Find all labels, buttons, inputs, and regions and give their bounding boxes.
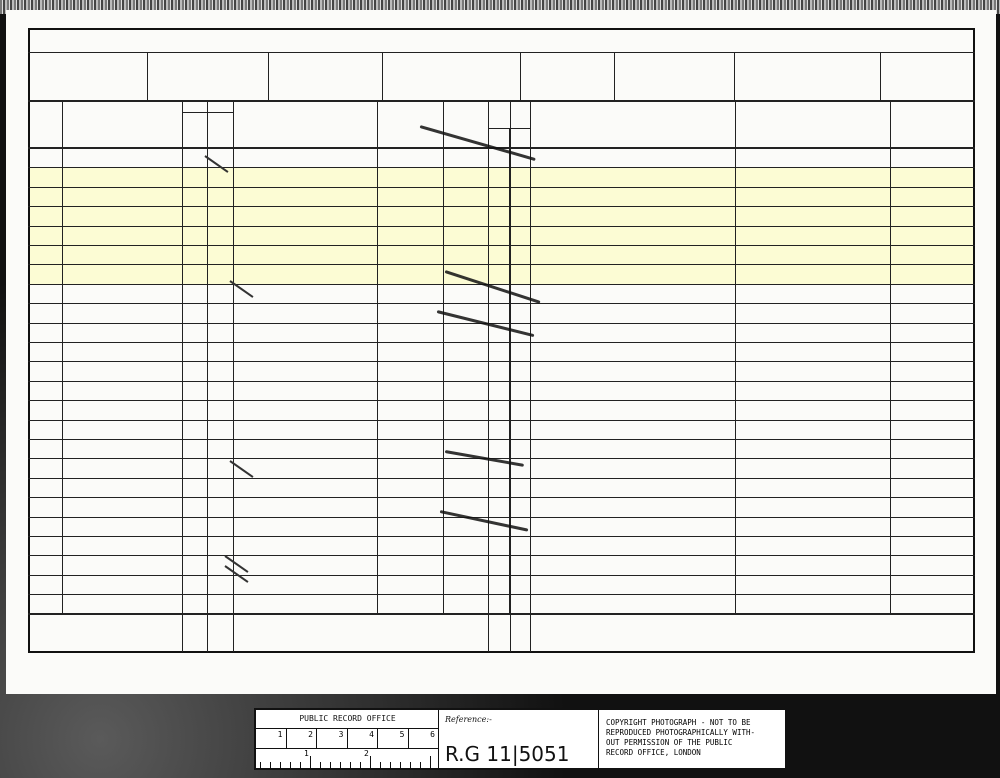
pro-scale-box: PUBLIC RECORD OFFICE 123456 12 (256, 710, 439, 768)
scale-mark: 3 (317, 728, 348, 748)
scale-mark: 2 (287, 728, 318, 748)
rule (734, 52, 735, 100)
total-rule (207, 613, 208, 652)
copyright-line: OUT PERMISSION OF THE PUBLIC (606, 738, 755, 748)
copyright-notice: COPYRIGHT PHOTOGRAPH - NOT TO BEREPRODUC… (606, 718, 755, 759)
rule (880, 52, 881, 100)
scale-tick (390, 762, 391, 768)
scale-mark: 4 (348, 728, 379, 748)
row-rule (28, 381, 975, 382)
rule (614, 52, 615, 100)
row-rule (28, 497, 975, 498)
highlighted-row (30, 245, 973, 264)
row-rule (28, 187, 975, 188)
row-rule (28, 458, 975, 459)
scale-tick (280, 762, 281, 768)
scale-tick (400, 762, 401, 768)
row-rule (28, 245, 975, 246)
scale-tick (370, 756, 371, 768)
reference-label: Reference:- (445, 716, 492, 724)
copyright-line: REPRODUCED PHOTOGRAPHICALLY WITH- (606, 728, 755, 738)
row-rule (28, 323, 975, 324)
scale-tick (270, 762, 271, 768)
row-rule (28, 206, 975, 207)
scale-tick (430, 756, 431, 768)
row-rule (28, 439, 975, 440)
scale-mark: 1 (256, 728, 287, 748)
rule (28, 100, 975, 102)
scale-label: 2 (364, 749, 369, 758)
scale-tick (330, 762, 331, 768)
row-rule (28, 594, 975, 595)
rule (182, 112, 233, 113)
rule (509, 128, 510, 613)
rule (268, 52, 269, 100)
highlighted-row (30, 187, 973, 206)
rule (28, 613, 975, 615)
scale-label: 1 (304, 749, 309, 758)
row-rule (28, 400, 975, 401)
row-rule (28, 478, 975, 479)
scale-tick (420, 762, 421, 768)
scale-tick (290, 762, 291, 768)
scale-tick (340, 762, 341, 768)
row-rule (28, 575, 975, 576)
row-rule (28, 420, 975, 421)
scale-tick (410, 762, 411, 768)
highlighted-row (30, 226, 973, 245)
row-rule (28, 536, 975, 537)
row-rule (28, 284, 975, 285)
rule (147, 52, 148, 100)
scale-mark: 6 (409, 728, 440, 748)
scale-tick (320, 762, 321, 768)
row-rule (28, 264, 975, 265)
rule (382, 52, 383, 100)
scale-tick (310, 756, 311, 768)
scale-tick (360, 762, 361, 768)
highlighted-row (30, 206, 973, 225)
row-rule (28, 226, 975, 227)
row-rule (28, 342, 975, 343)
rule (28, 52, 975, 53)
rule (520, 52, 521, 100)
pro-reference-box: Reference:- R.G 11|5051 (439, 710, 599, 768)
census-form (28, 28, 975, 653)
scale-tick (350, 762, 351, 768)
total-rule (488, 613, 489, 652)
row-rule (28, 167, 975, 168)
scale-tick (380, 762, 381, 768)
row-rule (28, 361, 975, 362)
scale-tick (260, 762, 261, 768)
public-record-office-label: PUBLIC RECORD OFFICE 123456 12 Reference… (254, 708, 787, 770)
copyright-line: COPYRIGHT PHOTOGRAPH - NOT TO BE (606, 718, 755, 728)
highlighted-row (30, 167, 973, 186)
row-rule (28, 517, 975, 518)
total-rule (233, 613, 234, 652)
scale-tick (300, 762, 301, 768)
row-rule (28, 303, 975, 304)
highlighted-row (30, 264, 973, 283)
copyright-line: RECORD OFFICE, LONDON (606, 748, 755, 758)
row-rule (28, 555, 975, 556)
total-rule (510, 613, 511, 652)
scale-mark: 5 (378, 728, 409, 748)
total-rule (182, 613, 183, 652)
pro-title: PUBLIC RECORD OFFICE (256, 715, 439, 723)
reference-number: R.G 11|5051 (445, 744, 569, 764)
total-rule (530, 613, 531, 652)
